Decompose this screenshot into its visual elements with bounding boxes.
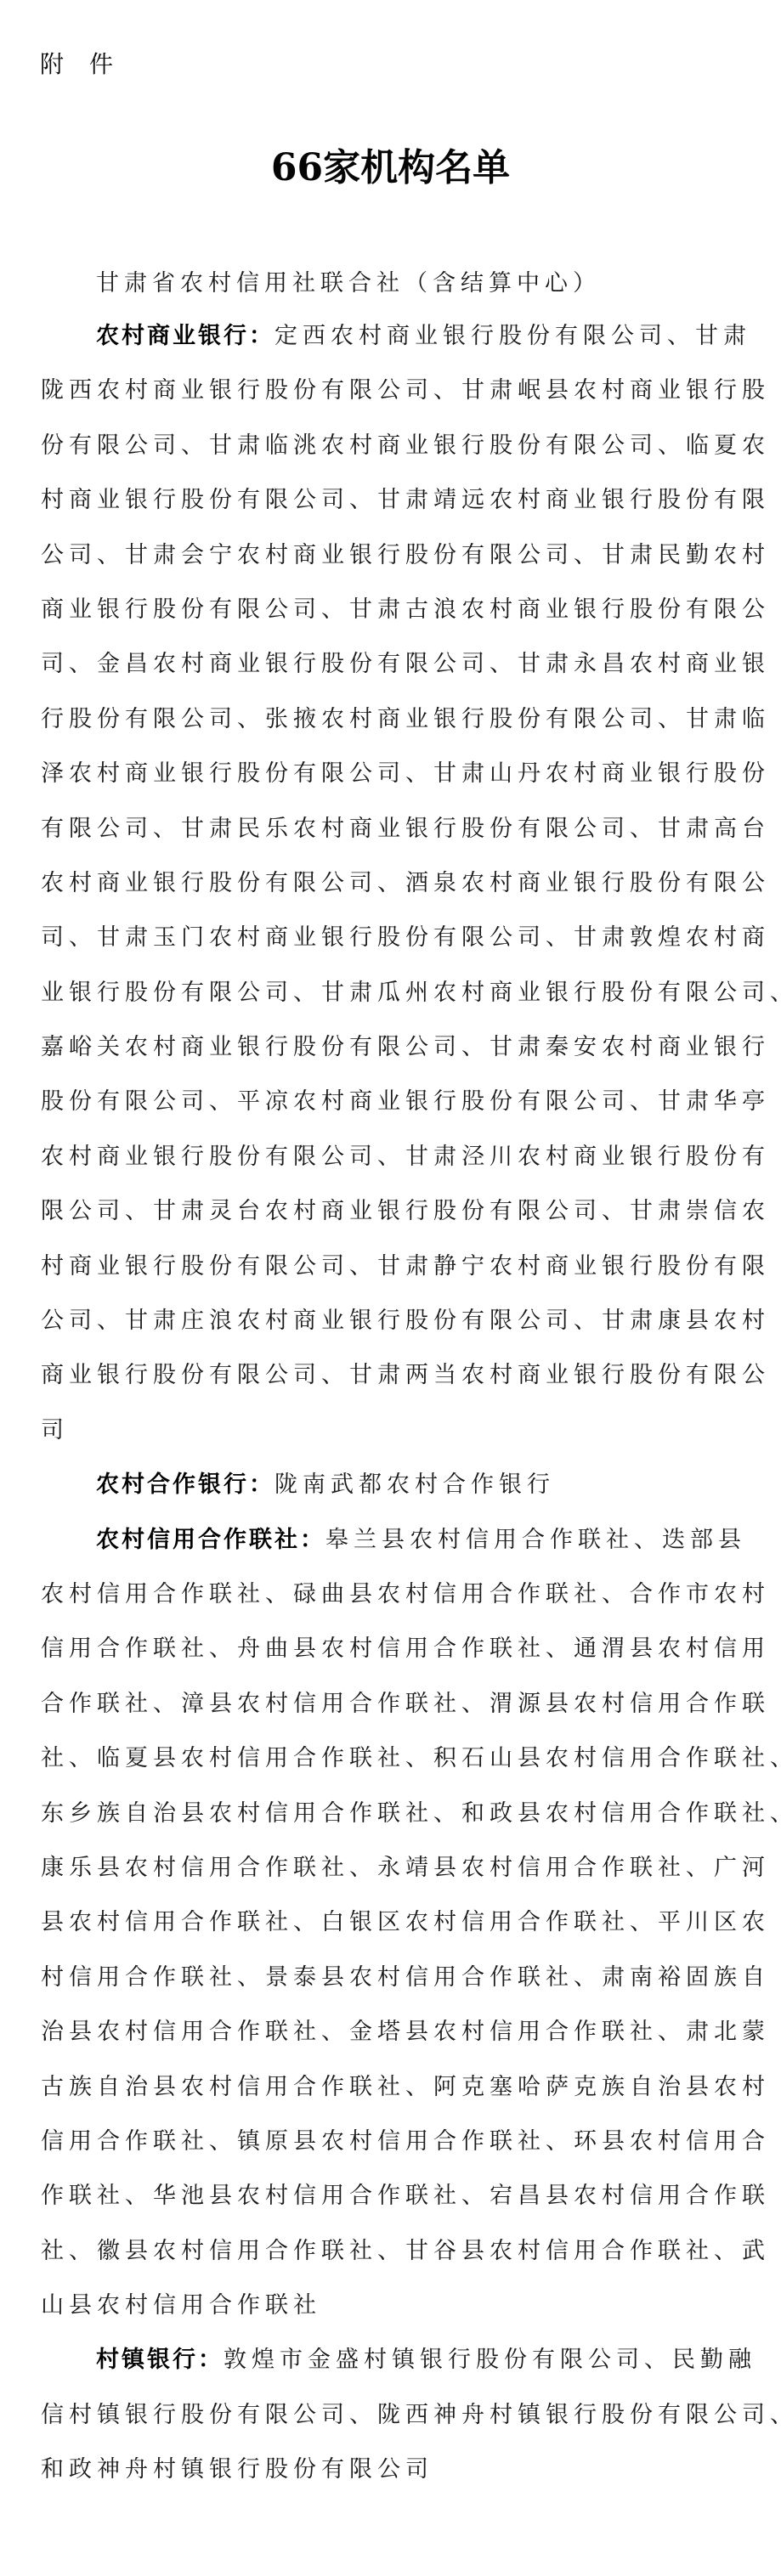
section-text: 敦煌市金盛村镇银行股份有限公司、民勤融 — [224, 2347, 756, 2373]
list-line: 陇西农村商业银行股份有限公司、甘肃岷县农村商业银行股 — [41, 372, 755, 427]
list-line: 份有限公司、甘肃临洮农村商业银行股份有限公司、临夏农 — [41, 427, 755, 482]
section-first-line: 农村合作银行：陇南武都农村合作银行 — [41, 1466, 755, 1521]
section-heading: 农村信用合作联社： — [96, 1527, 325, 1553]
section-heading: 农村商业银行： — [96, 323, 274, 349]
list-line: 东乡族自治县农村信用合作联社、和政县农村信用合作联社、 — [41, 1795, 755, 1850]
list-line: 嘉峪关农村商业银行股份有限公司、甘肃秦安农村商业银行 — [41, 1029, 755, 1083]
list-line: 业银行股份有限公司、甘肃瓜州农村商业银行股份有限公司、 — [41, 974, 755, 1029]
section-rural-cooperative-banks: 农村合作银行：陇南武都农村合作银行 — [41, 1466, 755, 1521]
list-line: 治县农村信用合作联社、金塔县农村信用合作联社、肃北蒙 — [41, 2014, 755, 2068]
page-title: 66家机构名单 — [0, 144, 781, 192]
section-village-banks: 村镇银行：敦煌市金盛村镇银行股份有限公司、民勤融 信村镇银行股份有限公司、陇西神… — [41, 2342, 755, 2505]
list-line: 社、徽县农村信用合作联社、甘谷县农村信用合作联社、武 — [41, 2233, 755, 2287]
list-line: 农村信用合作联社、碌曲县农村信用合作联社、合作市农村 — [41, 1576, 755, 1630]
list-line: 和政神舟村镇银行股份有限公司 — [41, 2451, 755, 2505]
list-line: 康乐县农村信用合作联社、永靖县农村信用合作联社、广河 — [41, 1850, 755, 1904]
list-line: 村商业银行股份有限公司、甘肃靖远农村商业银行股份有限 — [41, 482, 755, 536]
list-line: 山县农村信用合作联社 — [41, 2287, 755, 2342]
section-rural-commercial-banks: 农村商业银行：定西农村商业银行股份有限公司、甘肃 陇西农村商业银行股份有限公司、… — [41, 318, 755, 1466]
list-line: 限公司、甘肃灵台农村商业银行股份有限公司、甘肃崇信农 — [41, 1193, 755, 1247]
list-line: 商业银行股份有限公司、甘肃两当农村商业银行股份有限公 — [41, 1357, 755, 1411]
list-line: 县农村信用合作联社、白银区农村信用合作联社、平川区农 — [41, 1904, 755, 1958]
list-line: 信用合作联社、舟曲县农村信用合作联社、通渭县农村信用 — [41, 1630, 755, 1685]
section-text: 皋兰县农村信用合作联社、迭部县 — [325, 1527, 746, 1553]
section-text: 定西农村商业银行股份有限公司、甘肃 — [274, 323, 751, 349]
list-line: 农村商业银行股份有限公司、甘肃泾川农村商业银行股份有 — [41, 1138, 755, 1193]
section-heading: 农村合作银行： — [96, 1472, 274, 1498]
section-first-line: 村镇银行：敦煌市金盛村镇银行股份有限公司、民勤融 — [41, 2342, 755, 2396]
list-line: 泽农村商业银行股份有限公司、甘肃山丹农村商业银行股份 — [41, 755, 755, 810]
list-line: 合作联社、漳县农村信用合作联社、渭源县农村信用合作联 — [41, 1686, 755, 1740]
section-first-line: 农村信用合作联社：皋兰县农村信用合作联社、迭部县 — [41, 1522, 755, 1576]
list-line: 有限公司、甘肃民乐农村商业银行股份有限公司、甘肃高台 — [41, 811, 755, 865]
list-line: 行股份有限公司、张掖农村商业银行股份有限公司、甘肃临 — [41, 701, 755, 755]
list-line: 司 — [41, 1412, 755, 1466]
section-text: 陇南武都农村合作银行 — [274, 1472, 555, 1498]
intro-line: 甘肃省农村信用社联合社（含结算中心） — [41, 265, 755, 318]
list-line: 股份有限公司、平凉农村商业银行股份有限公司、甘肃华亭 — [41, 1083, 755, 1138]
list-line: 农村商业银行股份有限公司、酒泉农村商业银行股份有限公 — [41, 865, 755, 919]
list-line: 司、甘肃玉门农村商业银行股份有限公司、甘肃敦煌农村商 — [41, 919, 755, 974]
list-line: 信村镇银行股份有限公司、陇西神舟村镇银行股份有限公司、 — [41, 2397, 755, 2451]
section-first-line: 农村商业银行：定西农村商业银行股份有限公司、甘肃 — [41, 318, 755, 372]
list-line: 商业银行股份有限公司、甘肃古浪农村商业银行股份有限公 — [41, 591, 755, 646]
document-body: 甘肃省农村信用社联合社（含结算中心） 农村商业银行：定西农村商业银行股份有限公司… — [41, 265, 755, 2506]
list-line: 公司、甘肃会宁农村商业银行股份有限公司、甘肃民勤农村 — [41, 537, 755, 591]
attachment-label: 附 件 — [40, 49, 114, 80]
list-line: 村信用合作联社、景泰县农村信用合作联社、肃南裕固族自 — [41, 1959, 755, 2014]
list-line: 信用合作联社、镇原县农村信用合作联社、环县农村信用合 — [41, 2123, 755, 2178]
section-rural-credit-unions: 农村信用合作联社：皋兰县农村信用合作联社、迭部县 农村信用合作联社、碌曲县农村信… — [41, 1522, 755, 2342]
section-heading: 村镇银行： — [96, 2347, 224, 2373]
list-line: 公司、甘肃庄浪农村商业银行股份有限公司、甘肃康县农村 — [41, 1302, 755, 1357]
list-line: 作联社、华池县农村信用合作联社、宕昌县农村信用合作联 — [41, 2178, 755, 2232]
list-line: 村商业银行股份有限公司、甘肃静宁农村商业银行股份有限 — [41, 1248, 755, 1302]
list-line: 古族自治县农村信用合作联社、阿克塞哈萨克族自治县农村 — [41, 2069, 755, 2123]
list-line: 社、临夏县农村信用合作联社、积石山县农村信用合作联社、 — [41, 1740, 755, 1794]
list-line: 司、金昌农村商业银行股份有限公司、甘肃永昌农村商业银 — [41, 646, 755, 700]
